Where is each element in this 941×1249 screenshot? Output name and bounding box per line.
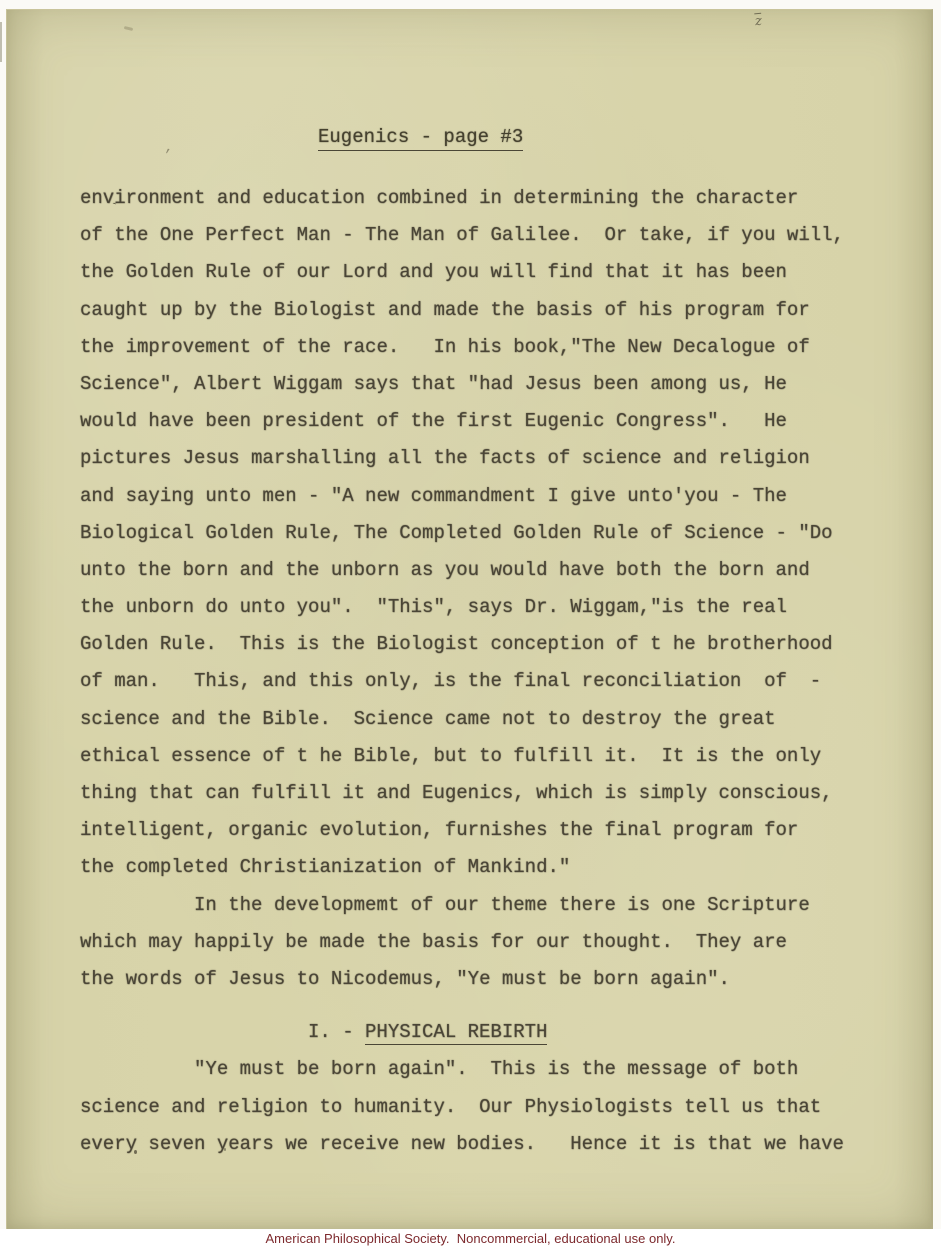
typescript-line: Science", Albert Wiggam says that "had J…	[80, 366, 880, 403]
typescript-line: Biological Golden Rule, The Completed Go…	[80, 515, 880, 552]
typescript-line: the improvement of the race. In his book…	[80, 329, 880, 366]
typescript-line: "Ye must be born again". This is the mes…	[80, 1051, 880, 1088]
typescript-line: science and religion to humanity. Our Ph…	[80, 1089, 880, 1126]
typescript-line: of the One Perfect Man - The Man of Gali…	[80, 217, 880, 254]
typescript-line: thing that can fulfill it and Eugenics, …	[80, 775, 880, 812]
typescript-line: and saying unto men - "A new commandment…	[80, 478, 880, 515]
typescript-line: environment and education combined in de…	[80, 180, 880, 217]
typescript-line: would have been president of the first E…	[80, 403, 880, 440]
typescript-line: science and the Bible. Science came not …	[80, 701, 880, 738]
typescript-line: In the developmemt of our theme there is…	[80, 887, 880, 924]
rights-notice: American Philosophical Society. Noncomme…	[0, 1229, 941, 1249]
title-row: Eugenics - page #3	[80, 126, 880, 152]
typescript-line: every seven years we receive new bodies.…	[80, 1126, 880, 1163]
typescript-line: the words of Jesus to Nicodemus, "Ye mus…	[80, 961, 880, 998]
typescript-line: the completed Christianization of Mankin…	[80, 849, 880, 886]
paper-sheet: Eugenics - page #3 environment and educa…	[6, 9, 933, 1231]
scanned-document-page: { "document": { "title": "Eugenics - pag…	[0, 0, 941, 1249]
typescript-line: unto the born and the unborn as you woul…	[80, 552, 880, 589]
scan-edge-artifact	[0, 22, 2, 62]
body-paragraphs: environment and education combined in de…	[80, 180, 880, 1163]
typescript-line: which may happily be made the basis for …	[80, 924, 880, 961]
typescript-line: the unborn do unto you". "This", says Dr…	[80, 589, 880, 626]
typescript-line: intelligent, organic evolution, furnishe…	[80, 812, 880, 849]
typescript-line: Golden Rule. This is the Biologist conce…	[80, 626, 880, 663]
section-heading-title: PHYSICAL REBIRTH	[365, 1021, 547, 1045]
typescript-line: the Golden Rule of our Lord and you will…	[80, 254, 880, 291]
typescript-content: Eugenics - page #3 environment and educa…	[80, 10, 880, 1163]
typescript-line: caught up by the Biologist and made the …	[80, 292, 880, 329]
section-heading-numeral: I. -	[308, 1021, 365, 1043]
typescript-line: of man. This, and this only, is the fina…	[80, 663, 880, 700]
typescript-line: ethical essence of t he Bible, but to fu…	[80, 738, 880, 775]
typescript-line: pictures Jesus marshalling all the facts…	[80, 440, 880, 477]
section-heading: I. - PHYSICAL REBIRTH	[80, 1014, 880, 1051]
page-title: Eugenics - page #3	[318, 126, 523, 151]
